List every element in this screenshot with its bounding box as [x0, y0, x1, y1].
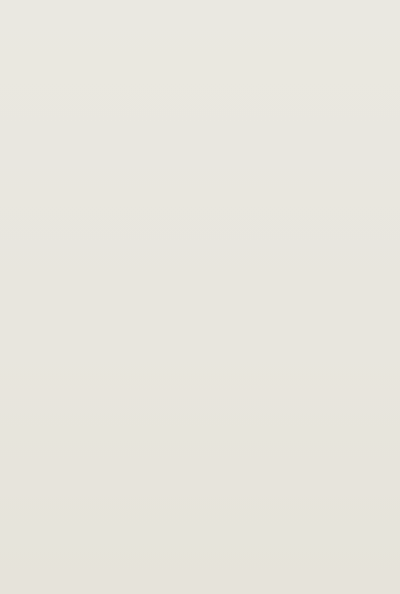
- typewritten-page: [0, 0, 400, 594]
